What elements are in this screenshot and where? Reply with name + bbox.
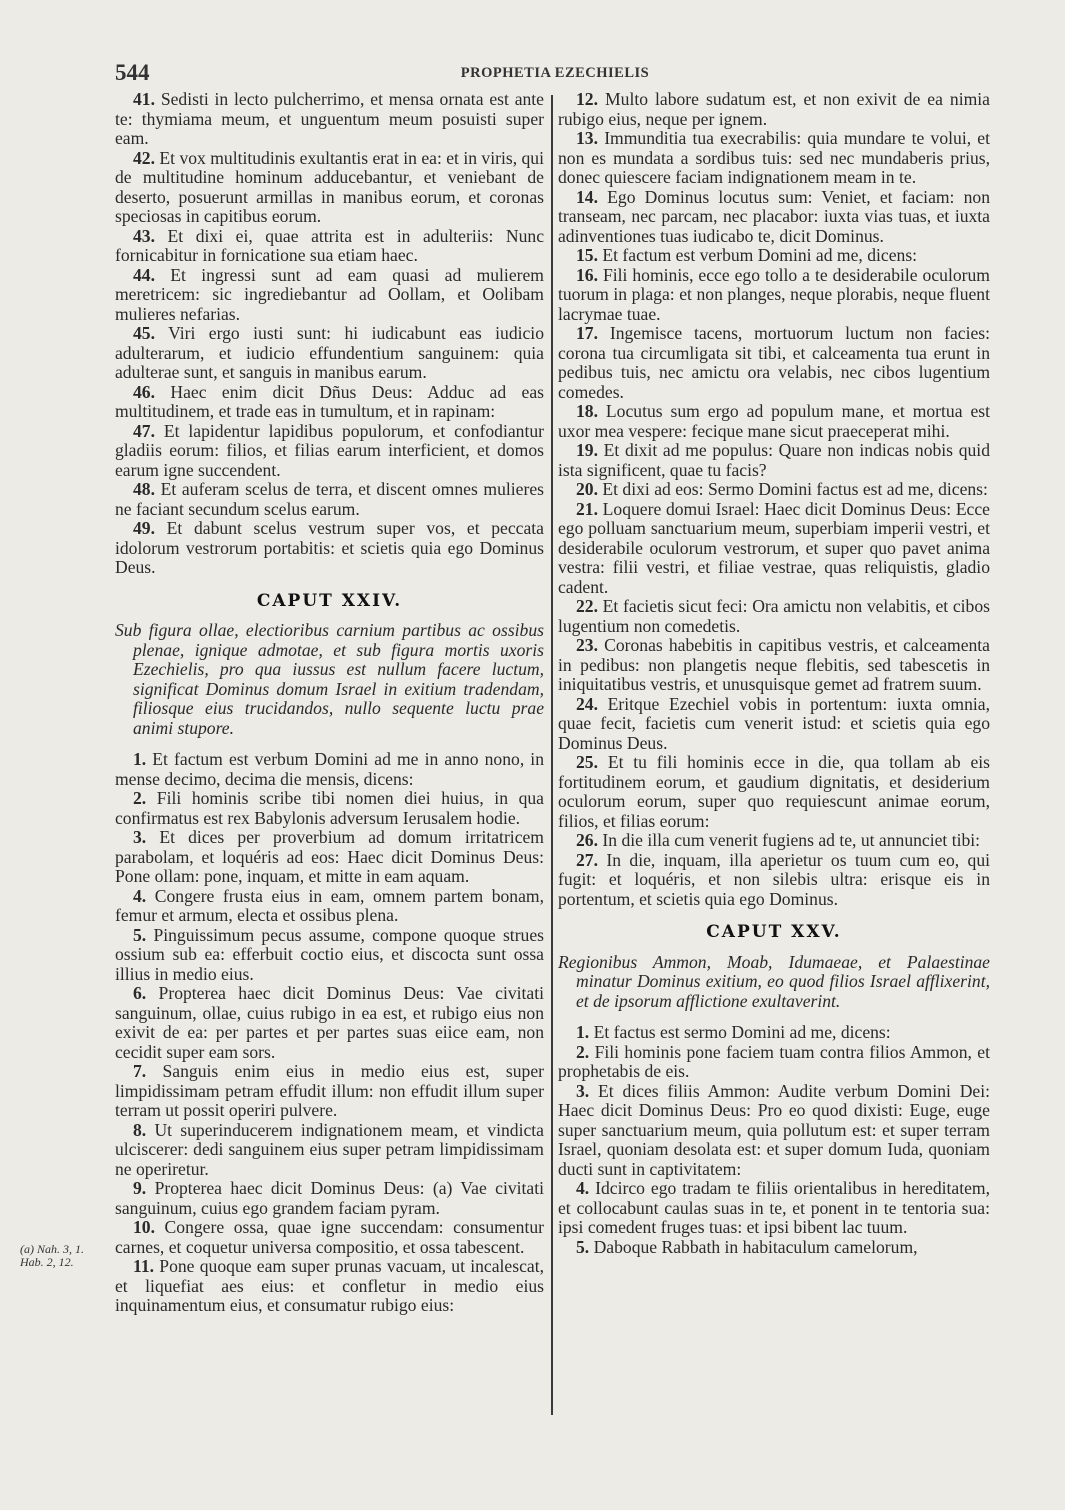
verse-number: 21.	[576, 499, 598, 519]
verse-number: 3.	[576, 1081, 589, 1101]
verse-number: 7.	[133, 1061, 146, 1081]
verse-number: 12.	[576, 89, 598, 109]
verse-text: Immunditia tua execrabilis: quia mundare…	[558, 128, 990, 187]
verse-number: 41.	[133, 89, 155, 109]
verse-text: Ingemisce tacens, mortuorum luctum non f…	[558, 323, 990, 402]
chapter-heading-xxiv: CAPUT XXIV.	[115, 592, 544, 612]
verse-number: 3.	[133, 827, 146, 847]
verse-number: 5.	[576, 1237, 589, 1257]
verse: 14. Ego Dominus locutus sum: Veniet, et …	[558, 188, 990, 247]
verses-ch24-cont: 12. Multo labore sudatum est, et non exi…	[558, 90, 990, 909]
verse: 19. Et dixit ad me populus: Quare non in…	[558, 441, 990, 480]
verse-number: 15.	[576, 245, 598, 265]
right-column: 12. Multo labore sudatum est, et non exi…	[558, 90, 990, 1257]
verse-text: Et dixi ad eos: Sermo Domini factus est …	[598, 479, 988, 499]
verse: 22. Et facietis sicut feci: Ora amictu n…	[558, 597, 990, 636]
chapter-summary-xxv: Regionibus Ammon, Moab, Idumaeae, et Pal…	[558, 953, 990, 1012]
verse: 17. Ingemisce tacens, mortuorum luctum n…	[558, 324, 990, 402]
verse-text: Et vox multitudinis exultantis erat in e…	[115, 148, 544, 227]
verse: 13. Immunditia tua execrabilis: quia mun…	[558, 129, 990, 188]
verse: 3. Et dices filiis Ammon: Audite verbum …	[558, 1082, 990, 1180]
verse: 2. Fili hominis pone faciem tuam contra …	[558, 1043, 990, 1082]
verse-number: 27.	[576, 850, 598, 870]
verse-number: 4.	[576, 1178, 589, 1198]
verse: 48. Et auferam scelus de terra, et disce…	[115, 480, 544, 519]
verse-text: Pone quoque eam super prunas vacuam, ut …	[115, 1256, 544, 1315]
verse: 15. Et factum est verbum Domini ad me, d…	[558, 246, 990, 266]
verse-text: Coronas habebitis in capitibus vestris, …	[558, 635, 990, 694]
verse-text: Loquere domui Israel: Haec dicit Dominus…	[558, 499, 990, 597]
running-title: PROPHETIA EZECHIELIS	[115, 65, 995, 82]
verse-text: Haec enim dicit Dñus Deus: Adduc ad eas …	[115, 382, 544, 422]
verse-text: Et lapidentur lapidibus populorum, et co…	[115, 421, 544, 480]
verse: 12. Multo labore sudatum est, et non exi…	[558, 90, 990, 129]
verse-text: Et dixi ei, quae attrita est in adulteri…	[115, 226, 544, 266]
verse-number: 2.	[576, 1042, 589, 1062]
verse: 20. Et dixi ad eos: Sermo Domini factus …	[558, 480, 990, 500]
verse-number: 11.	[133, 1256, 154, 1276]
verse-number: 13.	[576, 128, 598, 148]
verse-number: 9.	[133, 1178, 146, 1198]
verses-ch24: 1. Et factum est verbum Domini ad me in …	[115, 750, 544, 1316]
verse-text: Locutus sum ergo ad populum mane, et mor…	[558, 401, 990, 441]
margin-note-line: Hab. 2, 12.	[20, 1256, 110, 1269]
verse-text: Fili hominis scribe tibi nomen diei huiu…	[115, 788, 544, 828]
verse: 45. Viri ergo iusti sunt: hi iudicabunt …	[115, 324, 544, 383]
verse-text: Et factum est verbum Domini ad me, dicen…	[598, 245, 917, 265]
verse-text: Et factum est verbum Domini ad me in ann…	[115, 749, 544, 789]
verse: 41. Sedisti in lecto pulcherrimo, et men…	[115, 90, 544, 149]
chapter-summary-xxiv: Sub figura ollae, electioribus carnium p…	[115, 621, 544, 738]
verse-text: Ego Dominus locutus sum: Veniet, et faci…	[558, 187, 990, 246]
verse-text: Et dices filiis Ammon: Audite verbum Dom…	[558, 1081, 990, 1179]
verse-text: Daboque Rabbath in habitaculum camelorum…	[589, 1237, 917, 1257]
verse-text: Pinguissimum pecus assume, compone quoqu…	[115, 925, 544, 984]
verse-number: 16.	[576, 265, 598, 285]
verse-text: Sanguis enim eius in medio eius est, sup…	[115, 1061, 544, 1120]
verse: 24. Eritque Ezechiel vobis in portentum:…	[558, 695, 990, 754]
verse-number: 47.	[133, 421, 155, 441]
verse: 18. Locutus sum ergo ad populum mane, et…	[558, 402, 990, 441]
verse-number: 10.	[133, 1217, 155, 1237]
verse-text: Viri ergo iusti sunt: hi iudicabunt eas …	[115, 323, 544, 382]
left-column: 41. Sedisti in lecto pulcherrimo, et men…	[115, 90, 544, 1316]
verse: 4. Idcirco ego tradam te filiis oriental…	[558, 1179, 990, 1238]
verse-number: 25.	[576, 752, 598, 772]
verse-number: 14.	[576, 187, 598, 207]
verse: 16. Fili hominis, ecce ego tollo a te de…	[558, 266, 990, 325]
verse-text: Sedisti in lecto pulcherrimo, et mensa o…	[115, 89, 544, 148]
verse-text: In die, inquam, illa aperietur os tuum c…	[558, 850, 990, 909]
verse-text: Et dices per proverbium ad domum irritat…	[115, 827, 544, 886]
verse: 10. Congere ossa, quae igne succendam: c…	[115, 1218, 544, 1257]
verse: 25. Et tu fili hominis ecce in die, qua …	[558, 753, 990, 831]
verse: 3. Et dices per proverbium ad domum irri…	[115, 828, 544, 887]
verses-ch25: 1. Et factus est sermo Domini ad me, dic…	[558, 1023, 990, 1257]
verse-text: Congere ossa, quae igne succendam: consu…	[115, 1217, 544, 1257]
verse-number: 18.	[576, 401, 598, 421]
verse: 6. Propterea haec dicit Dominus Deus: Va…	[115, 984, 544, 1062]
verse: 7. Sanguis enim eius in medio eius est, …	[115, 1062, 544, 1121]
verse: 47. Et lapidentur lapidibus populorum, e…	[115, 422, 544, 481]
verse: 46. Haec enim dicit Dñus Deus: Adduc ad …	[115, 383, 544, 422]
verse-number: 22.	[576, 596, 598, 616]
verse-text: Congere frusta eius in eam, omnem partem…	[115, 886, 544, 926]
verse: 9. Propterea haec dicit Dominus Deus: (a…	[115, 1179, 544, 1218]
verse: 11. Pone quoque eam super prunas vacuam,…	[115, 1257, 544, 1316]
verse-number: 17.	[576, 323, 598, 343]
verse-number: 26.	[576, 830, 598, 850]
verse-number: 44.	[133, 265, 155, 285]
verse: 4. Congere frusta eius in eam, omnem par…	[115, 887, 544, 926]
verse-text: Propterea haec dicit Dominus Deus: (a) V…	[115, 1178, 544, 1218]
verse: 21. Loquere domui Israel: Haec dicit Dom…	[558, 500, 990, 598]
verse-text: Propterea haec dicit Dominus Deus: Vae c…	[115, 983, 544, 1062]
book-page: 544 PROPHETIA EZECHIELIS (a) Nah. 3, 1. …	[0, 0, 1065, 1510]
verses-ch23-end: 41. Sedisti in lecto pulcherrimo, et men…	[115, 90, 544, 578]
verse-text: Ut superinducerem indignationem meam, et…	[115, 1120, 544, 1179]
verse-number: 23.	[576, 635, 598, 655]
verse-number: 24.	[576, 694, 598, 714]
verse: 5. Daboque Rabbath in habitaculum camelo…	[558, 1238, 990, 1258]
verse-number: 48.	[133, 479, 155, 499]
verse-text: In die illa cum venerit fugiens ad te, u…	[598, 830, 980, 850]
verse-text: Fili hominis, ecce ego tollo a te deside…	[558, 265, 990, 324]
verse: 26. In die illa cum venerit fugiens ad t…	[558, 831, 990, 851]
verse: 42. Et vox multitudinis exultantis erat …	[115, 149, 544, 227]
verse: 27. In die, inquam, illa aperietur os tu…	[558, 851, 990, 910]
verse: 49. Et dabunt scelus vestrum super vos, …	[115, 519, 544, 578]
verse-number: 1.	[133, 749, 146, 769]
verse: 5. Pinguissimum pecus assume, compone qu…	[115, 926, 544, 985]
verse-number: 2.	[133, 788, 146, 808]
verse-text: Et facietis sicut feci: Ora amictu non v…	[558, 596, 990, 636]
verse-number: 5.	[133, 925, 146, 945]
verse-text: Et ingressi sunt ad eam quasi ad muliere…	[115, 265, 544, 324]
verse-text: Et dabunt scelus vestrum super vos, et p…	[115, 518, 544, 577]
verse: 1. Et factus est sermo Domini ad me, dic…	[558, 1023, 990, 1043]
verse: 43. Et dixi ei, quae attrita est in adul…	[115, 227, 544, 266]
verse: 8. Ut superinducerem indignationem meam,…	[115, 1121, 544, 1180]
verse-number: 6.	[133, 983, 146, 1003]
verse-number: 4.	[133, 886, 146, 906]
verse-text: Et auferam scelus de terra, et discent o…	[115, 479, 544, 519]
verse: 44. Et ingressi sunt ad eam quasi ad mul…	[115, 266, 544, 325]
verse-text: Idcirco ego tradam te filiis orientalibu…	[558, 1178, 990, 1237]
verse-text: Fili hominis pone faciem tuam contra fil…	[558, 1042, 990, 1082]
margin-note-cross-reference: (a) Nah. 3, 1. Hab. 2, 12.	[20, 1243, 110, 1269]
page-header: 544 PROPHETIA EZECHIELIS	[115, 60, 995, 84]
verse-text: Eritque Ezechiel vobis in portentum: iux…	[558, 694, 990, 753]
verse-number: 45.	[133, 323, 155, 343]
verse-text: Et dixit ad me populus: Quare non indica…	[558, 440, 990, 480]
verse-number: 49.	[133, 518, 155, 538]
verse: 2. Fili hominis scribe tibi nomen diei h…	[115, 789, 544, 828]
verse-text: Et factus est sermo Domini ad me, dicens…	[589, 1022, 890, 1042]
verse-text: Multo labore sudatum est, et non exivit …	[558, 89, 990, 129]
column-divider	[551, 95, 553, 1415]
verse-number: 1.	[576, 1022, 589, 1042]
verse-number: 20.	[576, 479, 598, 499]
verse: 23. Coronas habebitis in capitibus vestr…	[558, 636, 990, 695]
chapter-heading-xxv: CAPUT XXV.	[558, 923, 990, 943]
verse-text: Et tu fili hominis ecce in die, qua toll…	[558, 752, 990, 831]
verse: 1. Et factum est verbum Domini ad me in …	[115, 750, 544, 789]
verse-number: 8.	[133, 1120, 146, 1140]
verse-number: 43.	[133, 226, 155, 246]
verse-number: 42.	[133, 148, 155, 168]
verse-number: 46.	[133, 382, 155, 402]
verse-number: 19.	[576, 440, 598, 460]
